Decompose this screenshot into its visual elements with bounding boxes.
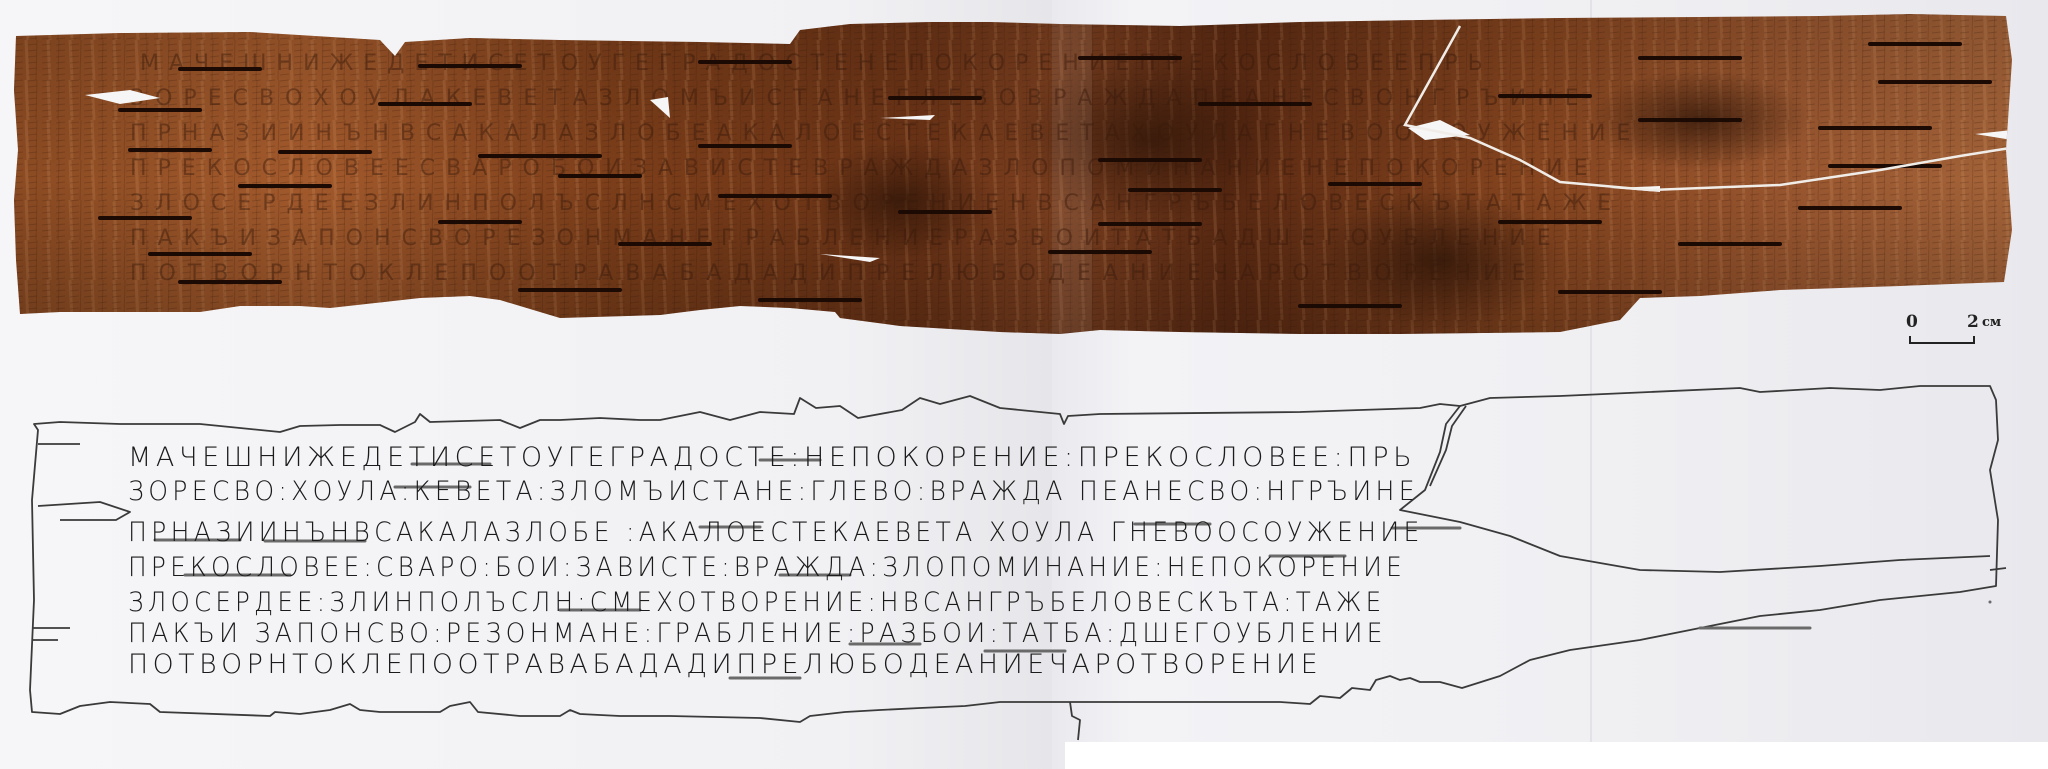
inscription-line-7: ПОТВОРНТОКЛЕПООТРАВАБАДАДИПРЕЛЮБОДЕАНИЕЧ… xyxy=(128,649,1322,683)
inscription-line-1: МАЧЕШНИЖЕДЕТИСЕТОУГЕГРАДОСТЕ:НЕПОКОРЕНИЕ… xyxy=(128,442,1416,476)
inscription-line-6: ПАКЪИ ЗАПОНСВО:РЕЗОНМАНЕ:ГРАБЛЕНИЕ:РАЗБО… xyxy=(128,618,1387,652)
inscription-line-2: ЗОРЕСВО:ХОУЛА:КЕВЕТА:ЗЛОМЪИСТАНЕ:ГЛЕВО:В… xyxy=(128,476,1419,510)
inscription-line-3: ПРНАЗИИНЪНВСАКАЛАЗЛОБЕ :АКАЛОЕСТЕКАЕВЕТА… xyxy=(128,517,1424,551)
inscription-line-4: ПРЕКОСЛОВЕЕ:СВАРО:БОИ:ЗАВИСТЕ:ВРАЖДА:ЗЛО… xyxy=(128,552,1406,586)
inscription-line-5: ЗЛОСЕРДЕЕ:ЗЛИНПОЛЪСЛН:СМЕХОТВОРЕНИЕ:НВСА… xyxy=(128,587,1385,621)
